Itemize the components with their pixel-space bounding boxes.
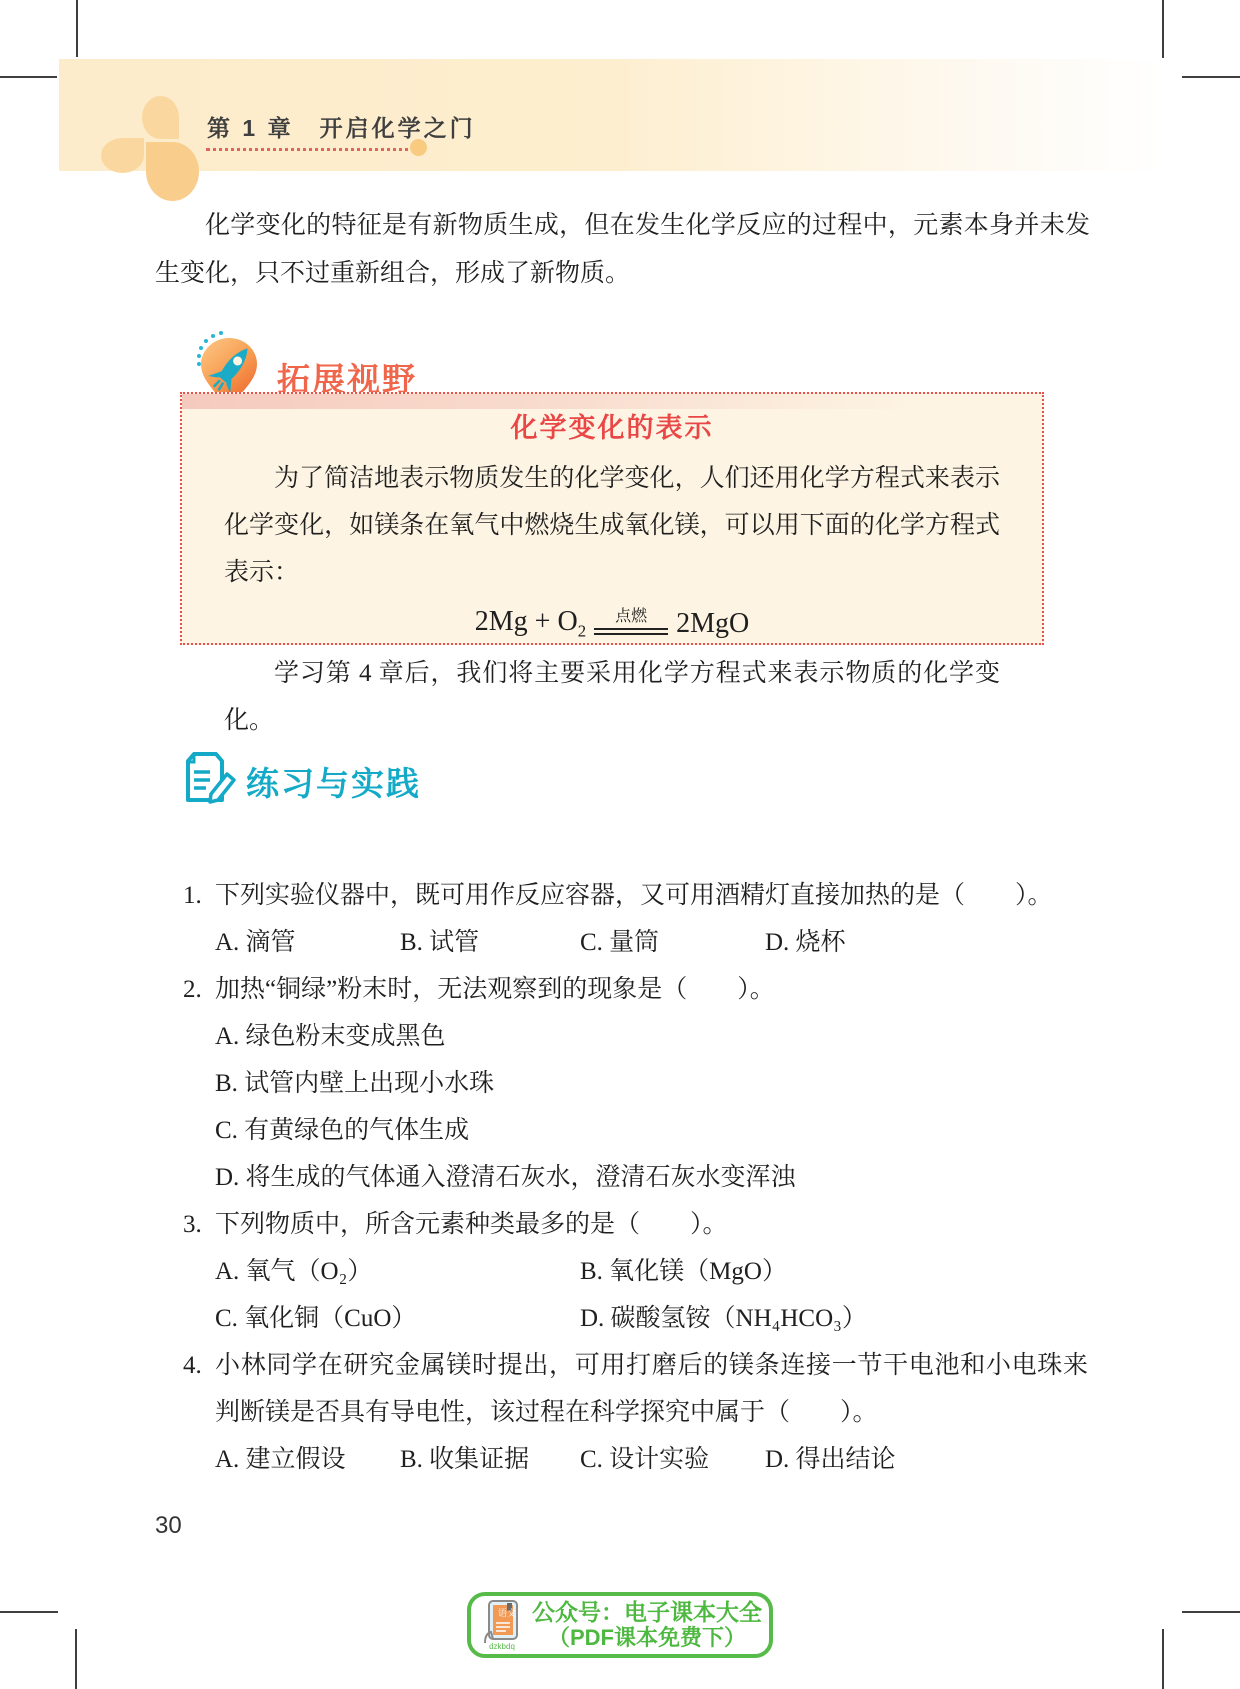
option-a: A. 建立假设 [215, 1436, 400, 1483]
page-number: 30 [155, 1512, 182, 1540]
chapter-title-dotted-underline [206, 148, 416, 151]
question-number: 4. [183, 1342, 215, 1436]
document-pencil-icon [182, 750, 236, 810]
option-d: D. 烧杯 [765, 919, 1088, 966]
question-number: 1. [183, 872, 215, 919]
chemical-equation: 2Mg + O2 点燃 2MgO [182, 598, 1042, 650]
chapter-title-dot-icon [410, 139, 427, 156]
crop-mark-bottom-left-vertical [75, 1629, 77, 1689]
tablet-icon: 语文 [483, 1599, 521, 1645]
option-d: D. 将生成的气体通入澄清石灰水，澄清石灰水变浑浊 [183, 1154, 1088, 1201]
petal-decoration-icon [146, 142, 199, 201]
wechat-account-badge[interactable]: 语文 dzkbdq 公众号：电子课本大全 （PDF课本免费下） [467, 1592, 773, 1658]
option-b: B. 试管 [400, 919, 580, 966]
option-a: A. 滴管 [215, 919, 400, 966]
option-d: D. 得出结论 [765, 1436, 1088, 1483]
box-title: 化学变化的表示 [182, 406, 1042, 445]
crop-mark-top-right-vertical [1162, 0, 1164, 58]
question-number: 2. [183, 966, 215, 1013]
option-c: C. 量筒 [580, 919, 765, 966]
question-text: 加热“铜绿”粉末时，无法观察到的现象是（ ）。 [215, 966, 1088, 1013]
petal-decoration-icon [142, 96, 179, 139]
option-c: C. 氧化铜（CuO） [215, 1295, 580, 1342]
question-1-options: A. 滴管 B. 试管 C. 量筒 D. 烧杯 [183, 919, 1088, 966]
question-2: 2. 加热“铜绿”粉末时，无法观察到的现象是（ ）。 [183, 966, 1088, 1013]
chapter-title: 第 1 章 开启化学之门 [207, 110, 476, 143]
question-text: 下列物质中，所含元素种类最多的是（ ）。 [215, 1201, 1088, 1248]
option-b: B. 氧化镁（MgO） [580, 1248, 1088, 1295]
equation-right: 2MgO [676, 608, 749, 640]
questions-list: 1. 下列实验仪器中，既可用作反应容器，又可用酒精灯直接加热的是（ ）。 A. … [183, 872, 1088, 1483]
crop-mark-top-right-horizontal [1182, 76, 1240, 78]
box-paragraph-2: 学习第 4 章后，我们将主要采用化学方程式来表示物质的化学变化。 [224, 650, 1000, 744]
crop-mark-bottom-right-vertical [1162, 1629, 1164, 1689]
crop-mark-bottom-left-horizontal [0, 1611, 58, 1613]
crop-mark-top-left-horizontal [0, 76, 57, 78]
badge-icon-wrap: 语文 dzkbdq [479, 1599, 525, 1651]
option-b: B. 收集证据 [400, 1436, 580, 1483]
question-3: 3. 下列物质中，所含元素种类最多的是（ ）。 [183, 1201, 1088, 1248]
equation-condition-arrow: 点燃 [594, 609, 668, 635]
option-c: C. 设计实验 [580, 1436, 765, 1483]
box-gradient-strip [182, 394, 1042, 409]
option-a: A. 绿色粉末变成黑色 [183, 1013, 1088, 1060]
option-c: C. 有黄绿色的气体生成 [183, 1107, 1088, 1154]
option-d: D. 碳酸氢铵（NH₄HCO₃） [580, 1295, 1088, 1342]
expand-vision-box: 化学变化的表示 为了简洁地表示物质发生的化学变化，人们还用化学方程式来表示化学变… [180, 392, 1044, 645]
equation-condition-label: 点燃 [615, 609, 647, 625]
question-text: 小林同学在研究金属镁时提出，可用打磨后的镁条连接一节干电池和小电珠来判断镁是否具… [215, 1342, 1088, 1436]
petal-decoration-icon [101, 138, 144, 173]
option-b: B. 试管内壁上出现小水珠 [183, 1060, 1088, 1107]
badge-line-1: 公众号：电子课本大全 [525, 1599, 769, 1625]
question-text: 下列实验仪器中，既可用作反应容器，又可用酒精灯直接加热的是（ ）。 [215, 872, 1088, 919]
equation-left: 2Mg + O2 [475, 606, 586, 642]
question-3-options: A. 氧气（O₂） B. 氧化镁（MgO） C. 氧化铜（CuO） D. 碳酸氢… [183, 1248, 1088, 1342]
badge-icon-caption: dzkbdq [489, 1643, 515, 1651]
crop-mark-bottom-right-horizontal [1182, 1611, 1240, 1613]
badge-line-2: （PDF课本免费下） [525, 1625, 769, 1651]
intro-paragraph: 化学变化的特征是有新物质生成，但在发生化学反应的过程中，元素本身并未发生变化，只… [155, 202, 1090, 298]
crop-mark-top-left-vertical [76, 0, 78, 57]
option-a: A. 氧气（O₂） [215, 1248, 580, 1295]
question-4-options: A. 建立假设 B. 收集证据 C. 设计实验 D. 得出结论 [183, 1436, 1088, 1483]
badge-text: 公众号：电子课本大全 （PDF课本免费下） [525, 1599, 769, 1651]
box-paragraph-1: 为了简洁地表示物质发生的化学变化，人们还用化学方程式来表示化学变化，如镁条在氧气… [224, 455, 1000, 596]
question-1: 1. 下列实验仪器中，既可用作反应容器，又可用酒精灯直接加热的是（ ）。 [183, 872, 1088, 919]
question-4: 4. 小林同学在研究金属镁时提出，可用打磨后的镁条连接一节干电池和小电珠来判断镁… [183, 1342, 1088, 1436]
svg-text:语文: 语文 [498, 1607, 516, 1618]
practice-section-label: 练习与实践 [246, 758, 421, 805]
question-number: 3. [183, 1201, 215, 1248]
equation-double-line [594, 628, 668, 635]
